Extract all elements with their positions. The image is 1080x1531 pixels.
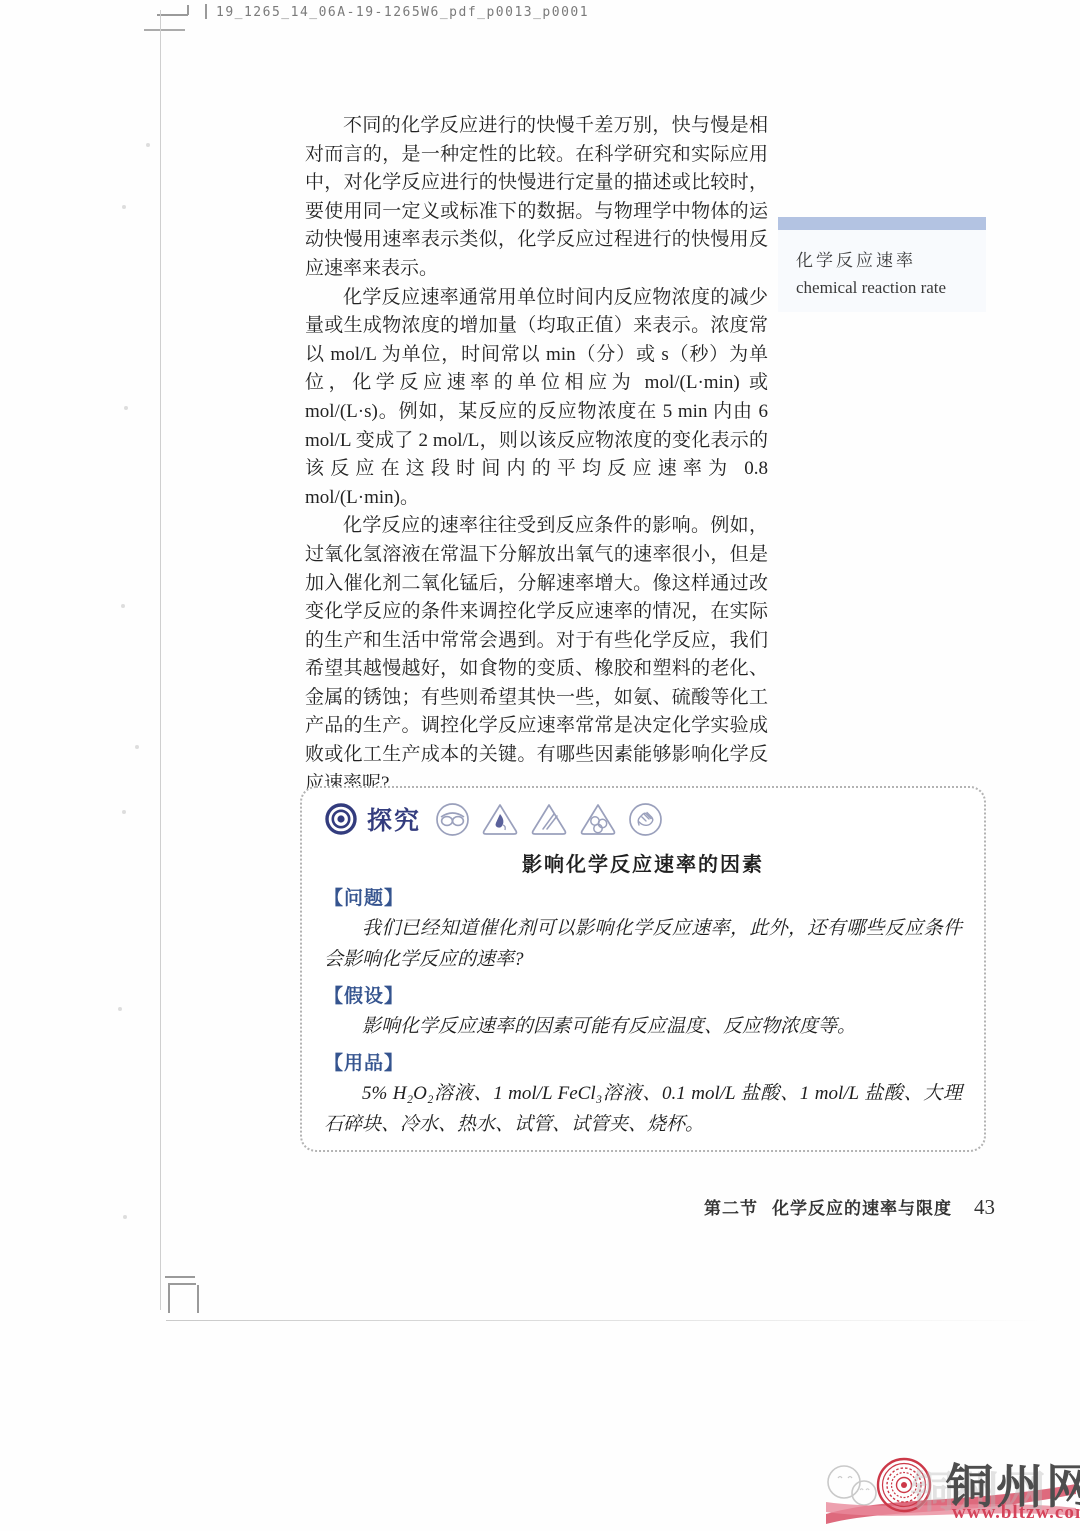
footer-section-label: 第二节 bbox=[704, 1194, 758, 1219]
note-panel: 化学反应速率 chemical reaction rate bbox=[778, 230, 986, 312]
section-heading-materials: 【用品】 bbox=[324, 1048, 962, 1075]
term-english: chemical reaction rate bbox=[796, 278, 978, 298]
scan-speck bbox=[123, 1215, 127, 1219]
inquiry-activity-box: 探究 影响化学反应速率的因素 【问题】 我们已经知道催 bbox=[300, 786, 986, 1152]
crop-mark bbox=[157, 14, 188, 16]
target-icon bbox=[324, 802, 358, 836]
scan-speck bbox=[146, 143, 150, 147]
section-heading-question: 【问题】 bbox=[324, 883, 962, 910]
crop-mark bbox=[187, 5, 189, 15]
scan-speck bbox=[118, 1007, 122, 1011]
paragraph: 不同的化学反应进行的快慢千差万别，快与慢是相对而言的，是一种定性的比较。在科学研… bbox=[305, 112, 768, 284]
inquiry-label: 探究 bbox=[367, 801, 421, 837]
hand-care-icon bbox=[627, 801, 664, 838]
crop-mark bbox=[205, 4, 207, 19]
crop-mark bbox=[165, 1276, 195, 1278]
inquiry-header: 探究 bbox=[324, 799, 962, 839]
section-body-hypothesis: 影响化学反应速率的因素可能有反应温度、反应物浓度等。 bbox=[324, 1011, 962, 1042]
footer-section-title: 化学反应的速率与限度 bbox=[772, 1194, 952, 1219]
flame-warning-icon bbox=[480, 801, 520, 838]
crop-mark bbox=[168, 1283, 170, 1313]
chat-bubble-icon bbox=[828, 1466, 876, 1505]
paragraph: 化学反应速率通常用单位时间内反应物浓度的减少量或生成物浓度的增加量（均取正值）来… bbox=[305, 284, 768, 513]
watermark-site-url: www.bltzw.com bbox=[952, 1502, 1080, 1524]
scan-filename-header: 19_1265_14_06A-19-1265W6_pdf_p0013_p0001 bbox=[216, 5, 589, 20]
activity-title: 影响化学反应速率的因素 bbox=[324, 848, 962, 877]
footer-page-number: 43 bbox=[974, 1195, 995, 1220]
crop-mark bbox=[168, 1283, 196, 1285]
page-edge-line bbox=[160, 10, 161, 1310]
margin-vocabulary-note: 化学反应速率 chemical reaction rate bbox=[778, 217, 986, 312]
safety-goggles-icon bbox=[434, 801, 471, 838]
glassware-warning-icon bbox=[529, 801, 569, 838]
crop-mark bbox=[144, 29, 185, 31]
main-text-column: 不同的化学反应进行的快慢千差万别，快与慢是相对而言的，是一种定性的比较。在科学研… bbox=[305, 112, 768, 798]
section-body-question: 我们已经知道催化剂可以影响化学反应速率，此外，还有哪些反应条件会影响化学反应的速… bbox=[324, 913, 962, 975]
scan-speck bbox=[124, 406, 128, 410]
section-body-materials: 5% H₂O₂溶液、1 mol/L FeCl₃溶液、0.1 mol/L 盐酸、1… bbox=[324, 1078, 962, 1140]
paragraph: 化学反应的速率往往受到反应条件的影响。例如，过氧化氢溶液在常温下分解放出氧气的速… bbox=[305, 512, 768, 798]
term-chinese: 化学反应速率 bbox=[796, 246, 978, 271]
toxic-warning-icon bbox=[578, 801, 618, 838]
scan-speck bbox=[122, 205, 126, 209]
scan-speck bbox=[135, 745, 139, 749]
section-heading-hypothesis: 【假设】 bbox=[324, 981, 962, 1008]
site-watermark: 铜州网 铜州网 www.bltzw.com bbox=[818, 1438, 1080, 1531]
note-accent-bar bbox=[778, 217, 986, 230]
scan-speck bbox=[121, 604, 125, 608]
crop-mark bbox=[197, 1285, 199, 1313]
scan-speck bbox=[122, 810, 126, 814]
page-footer: 第二节 化学反应的速率与限度 43 bbox=[704, 1194, 995, 1220]
scan-bottom-edge-line bbox=[166, 1320, 1046, 1321]
